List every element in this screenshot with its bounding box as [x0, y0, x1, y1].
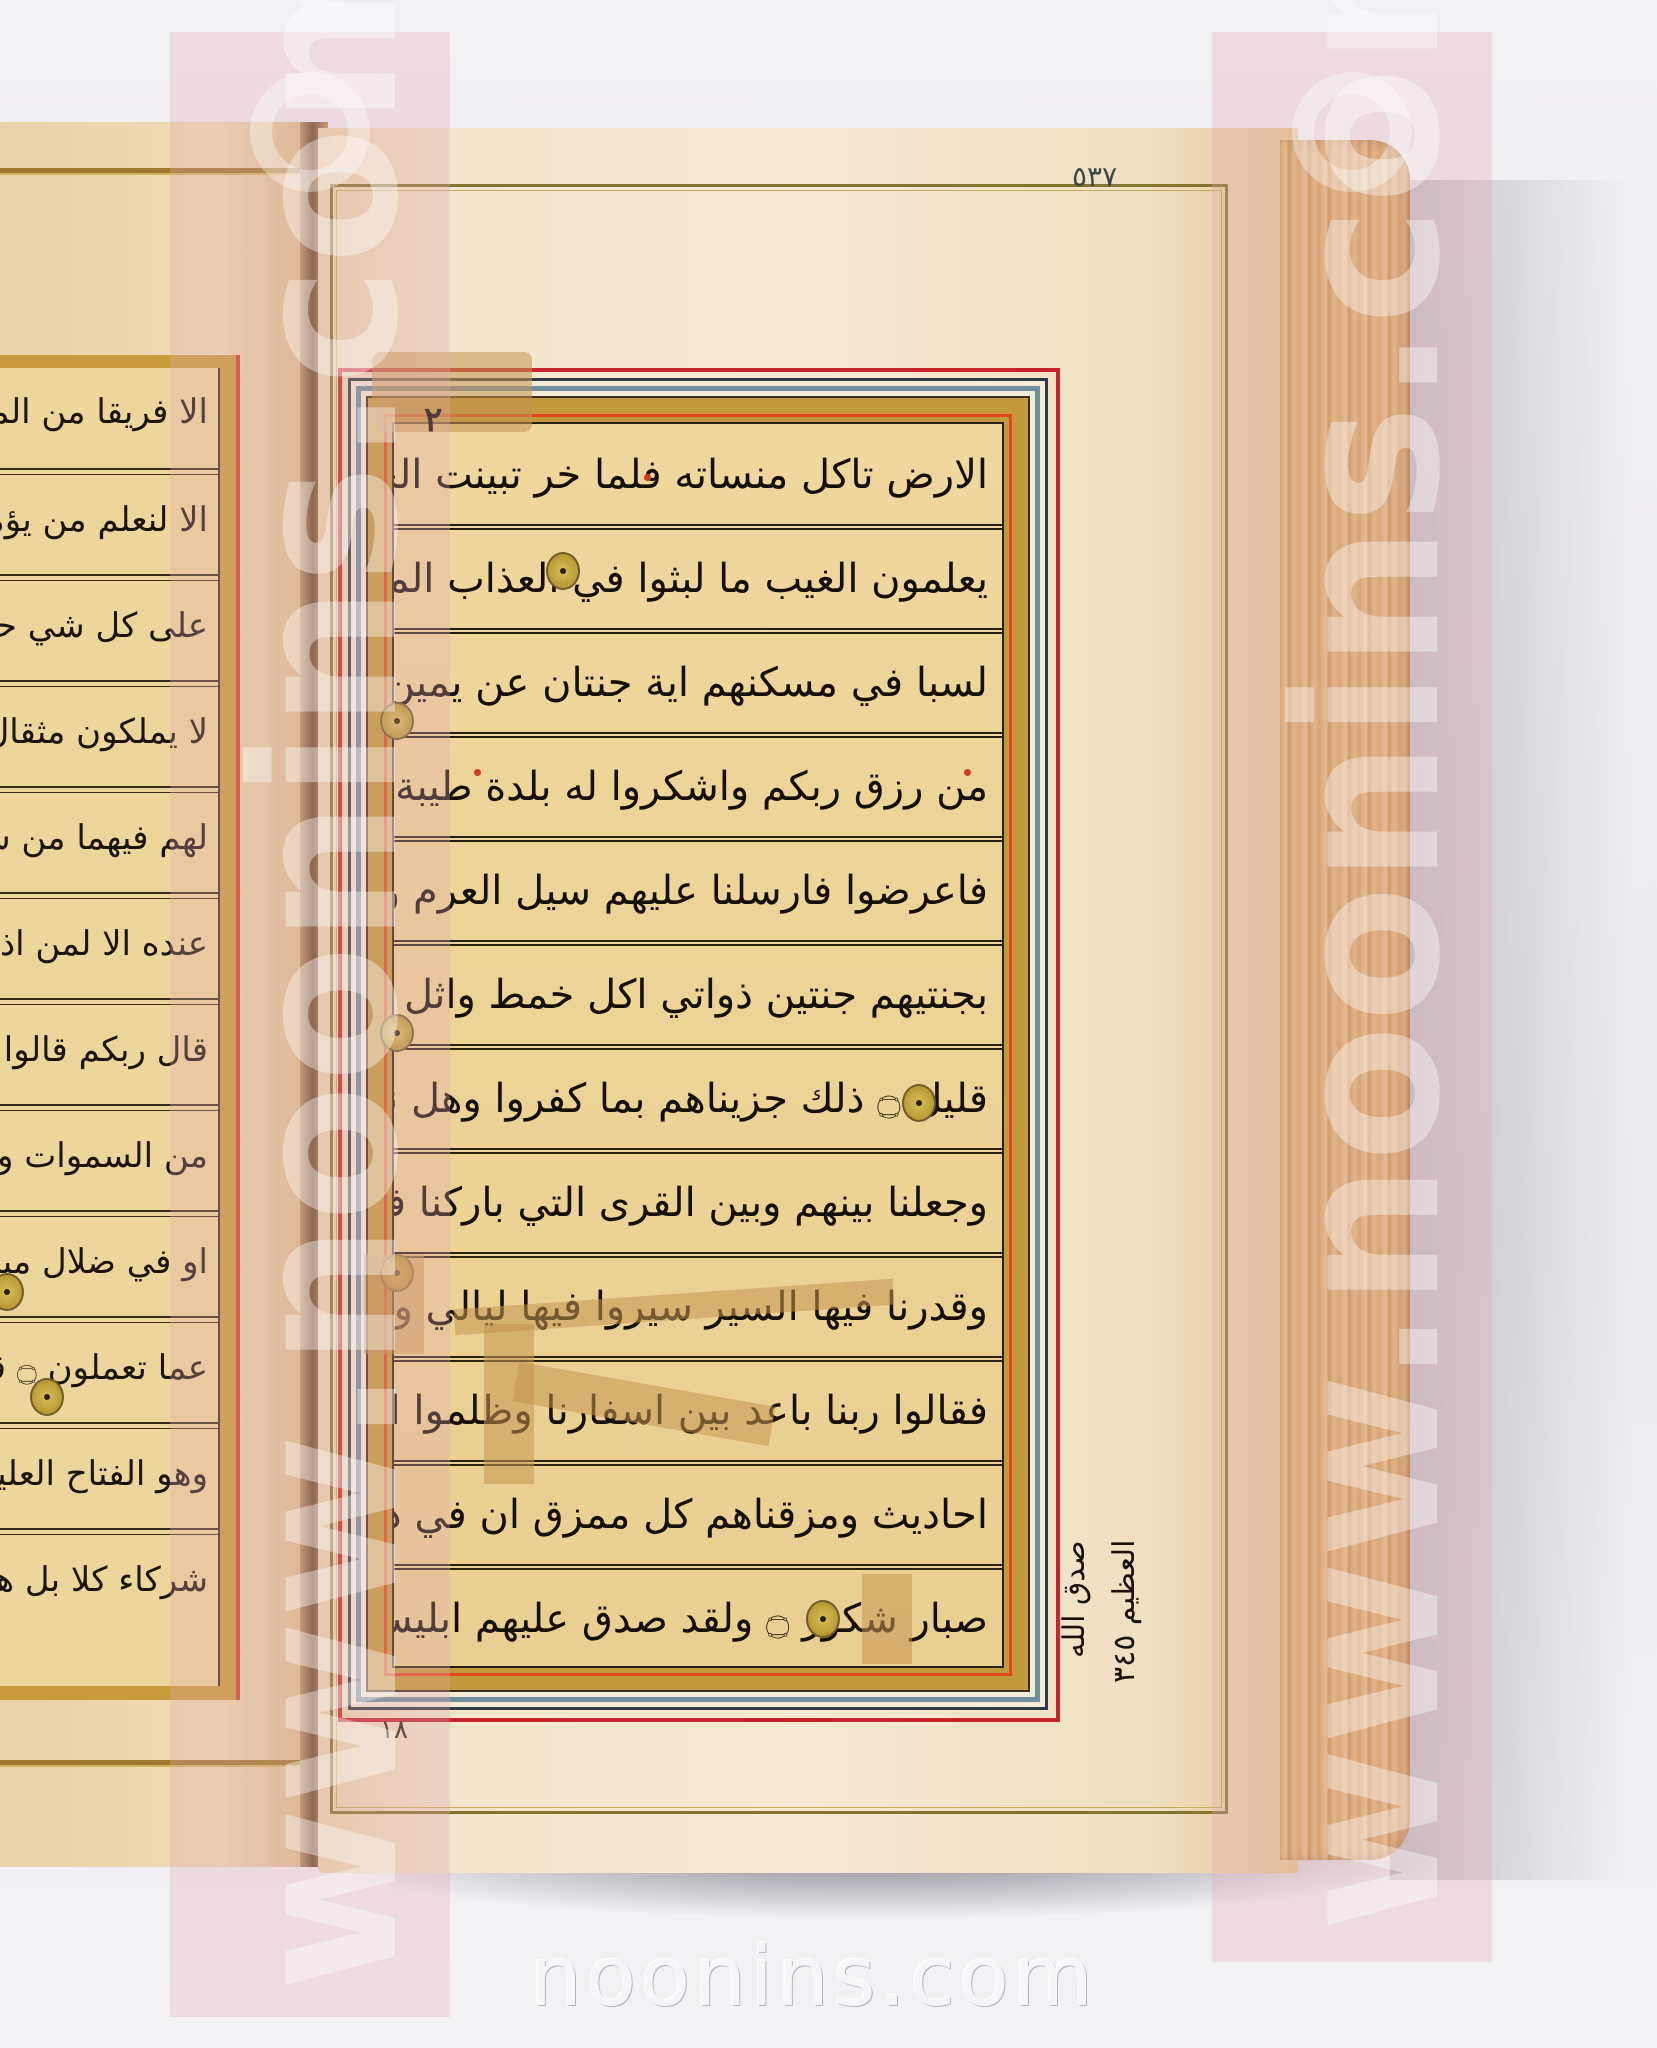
main-text-panel: الارض تاكل منساته فلما خر تبينت الجن ان …: [392, 422, 1004, 1668]
watermark-text-left: www.noonins.com: [210, 0, 443, 1992]
line-rule: [394, 1044, 1002, 1050]
ayah-marker-icon: [902, 1084, 936, 1122]
page-number: ٥٣٧: [1072, 160, 1117, 193]
text-line-2: يعلمون الغيب ما لبثوا في العذاب المهين ۝…: [394, 542, 1002, 616]
line-rule: [394, 524, 1002, 530]
line-rule: [394, 940, 1002, 946]
line-rule: [394, 628, 1002, 634]
text-line-4: من رزق ربكم واشكروا له بلدة طيبة ورب غفو…: [394, 750, 1002, 824]
text-line-1: الارض تاكل منساته فلما خر تبينت الجن ان …: [394, 438, 1002, 512]
repair-tape: [862, 1574, 912, 1664]
text-line-6: بجنتيهم جنتين ذواتي اكل خمط واثل وشي من …: [394, 958, 1002, 1032]
text-line-8: وجعلنا بينهم وبين القرى التي باركنا فيها…: [394, 1166, 1002, 1240]
repair-tape: [484, 1324, 534, 1484]
ayah-marker-icon: [806, 1600, 840, 1638]
text-line-5: فاعرضوا فارسلنا عليهم سيل العرم وبدلناهم: [394, 854, 1002, 928]
watermark-band-right: www.noonins.com: [1212, 32, 1492, 1962]
line-rule: [394, 836, 1002, 842]
watermark-text-right: www.noonins.com: [1252, 0, 1485, 1932]
margin-note: صدق الله العظيم ٣٤٥: [1050, 1540, 1150, 1730]
line-rule: [394, 1148, 1002, 1154]
red-vowel-dot: [474, 769, 481, 776]
ayah-marker-icon: [546, 552, 580, 590]
red-vowel-dot: [964, 769, 971, 776]
ayah-marker-icon: [30, 1378, 64, 1416]
line-rule: [394, 732, 1002, 738]
text-line-3: لسبا في مسكنهم اية جنتان عن يمين وشمال ك…: [394, 646, 1002, 720]
text-line-11: احاديث ومزقناهم كل ممزق ان في ذلك لايات …: [394, 1478, 1002, 1552]
red-vowel-dot: [644, 474, 651, 481]
footer-watermark: noonins.com: [530, 1930, 1097, 2025]
line-rule: [394, 1564, 1002, 1570]
line-rule: [394, 1252, 1002, 1258]
watermark-band-left: www.noonins.com: [170, 32, 450, 2017]
